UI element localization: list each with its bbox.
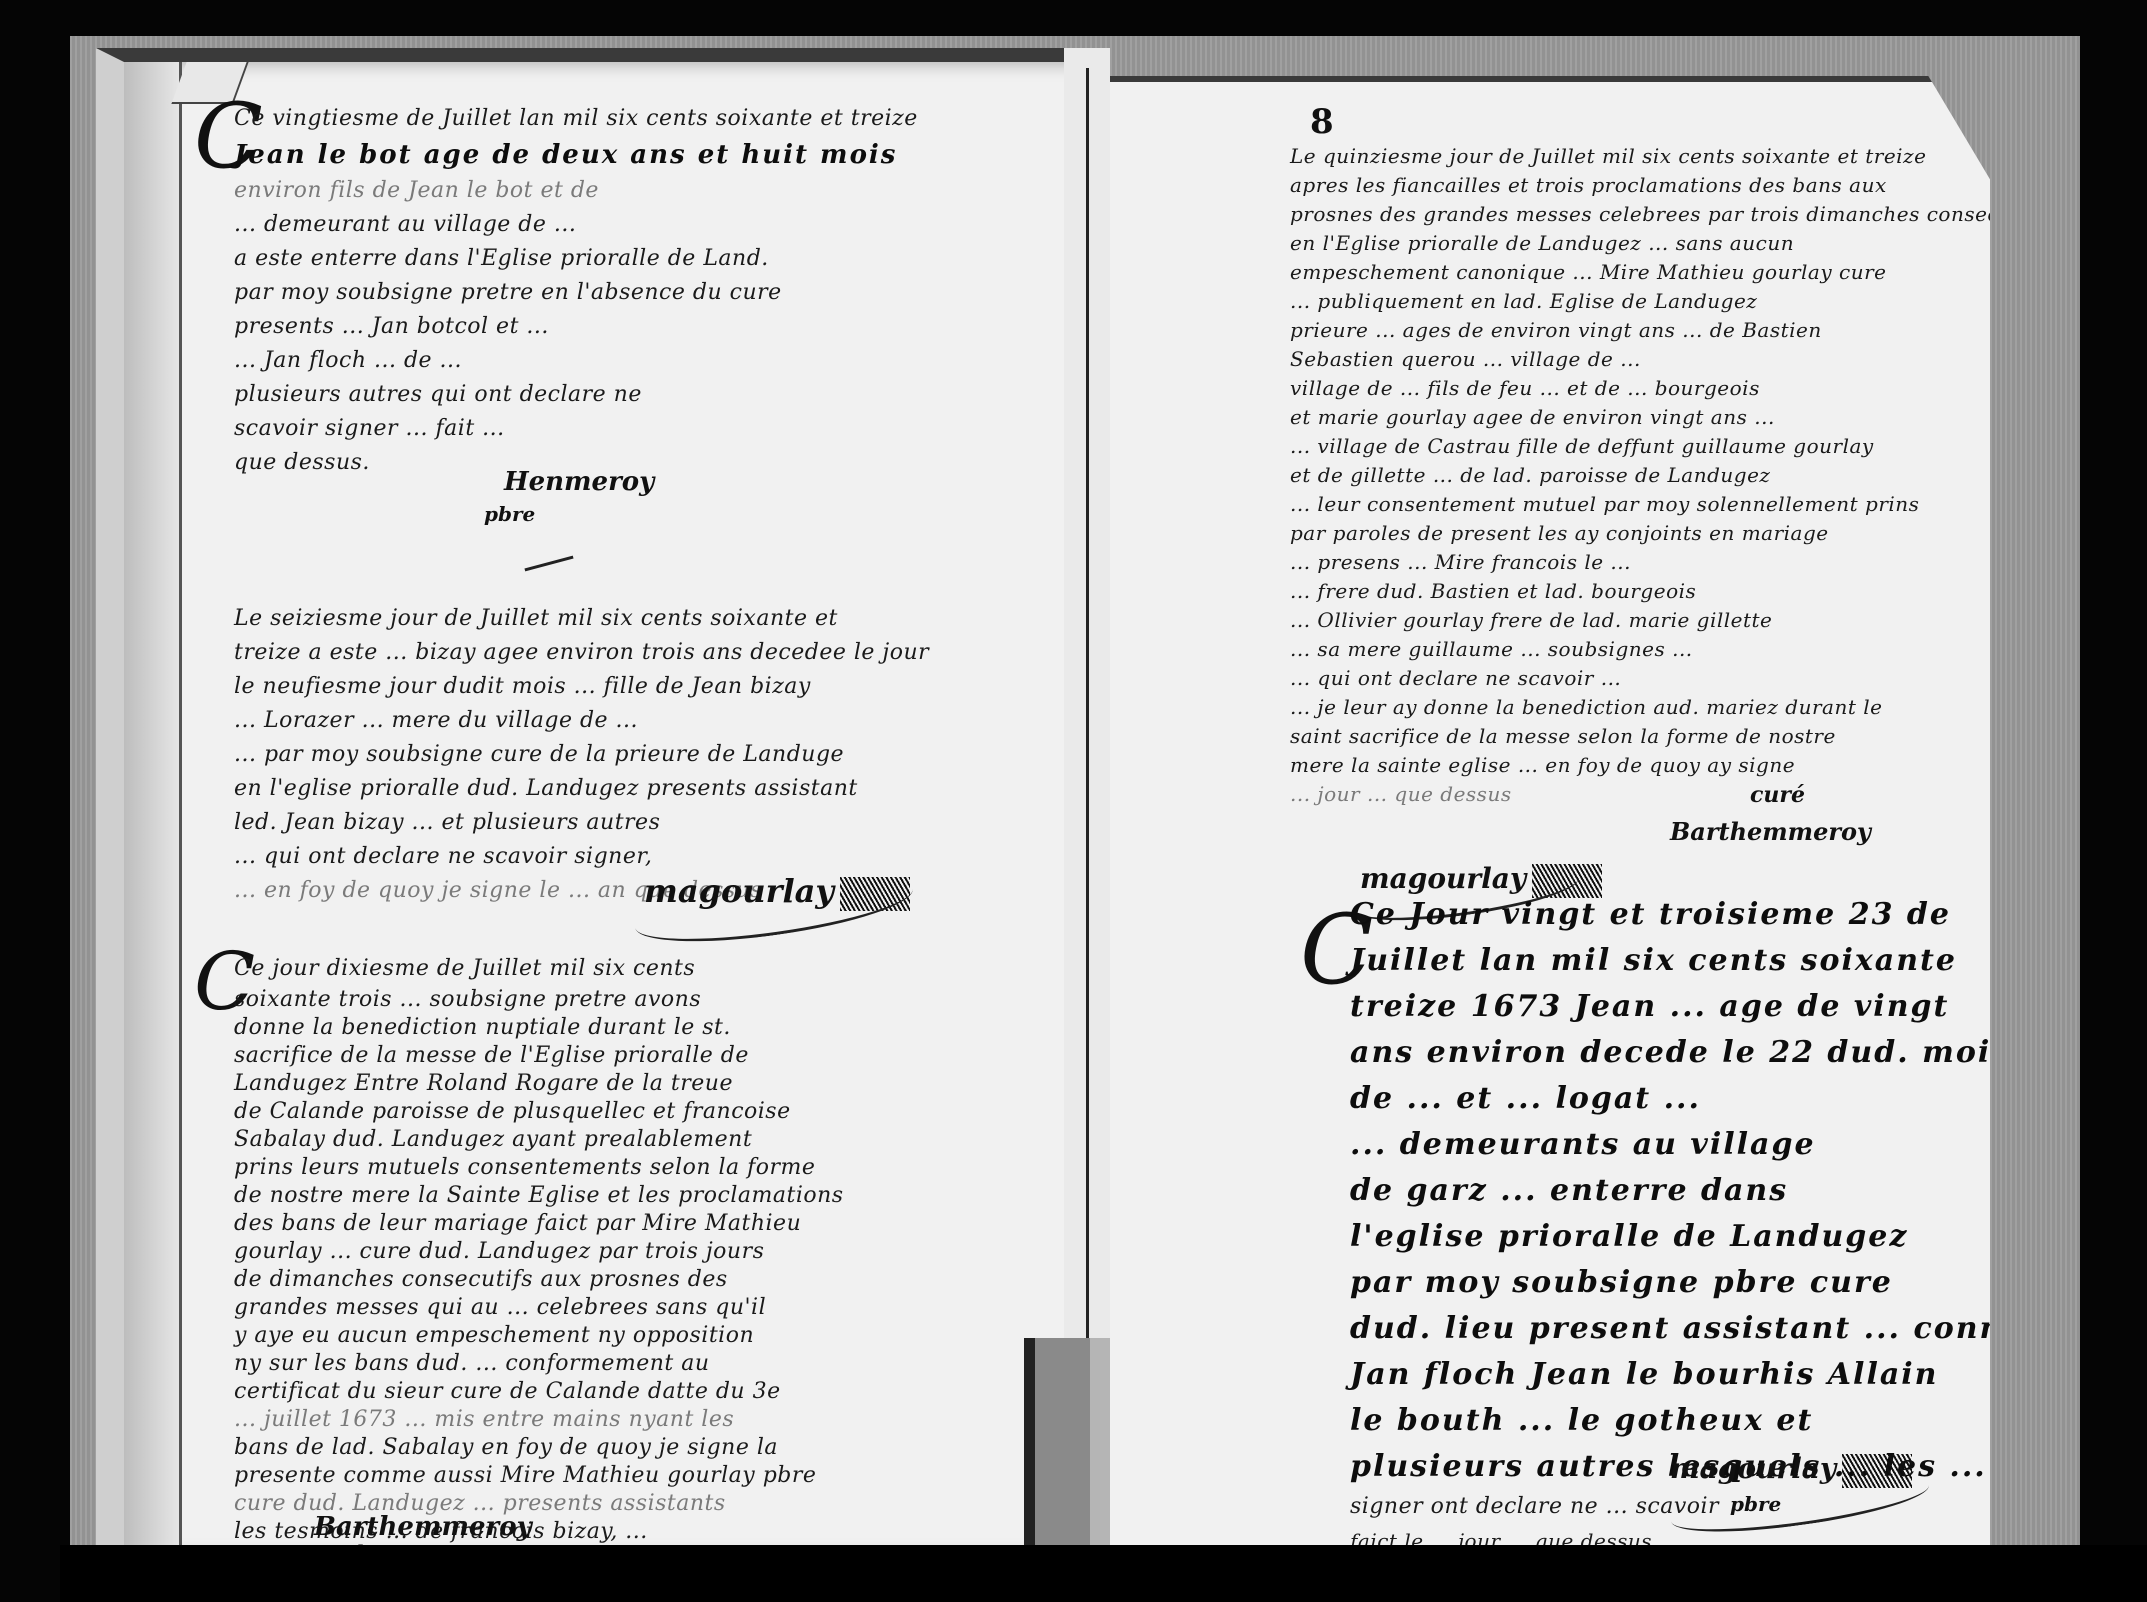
- entry-line: par paroles de present les ay conjoints …: [1290, 519, 1990, 548]
- entry-line: ... qui ont declare ne scavoir ...: [1290, 664, 1990, 693]
- entry-line: des bans de leur mariage faict par Mire …: [234, 1210, 844, 1238]
- entry-line: donne la benediction nuptiale durant le …: [234, 1014, 844, 1042]
- entry-line: plusieurs autres qui ont declare ne: [234, 378, 918, 412]
- entry-line: ny sur les bans dud. ... conformement au: [234, 1350, 844, 1378]
- signature-title: pbre: [484, 502, 535, 526]
- entry-line: environ fils de Jean le bot et de: [234, 174, 918, 208]
- entry-line: Ce jour dixiesme de Juillet mil six cent…: [234, 952, 844, 986]
- entry-line: ... Lorazer ... mere du village de ...: [234, 704, 929, 738]
- entry-line: de Calande paroisse de plusquellec et fr…: [234, 1098, 844, 1126]
- entry-line: ... je leur ay donne la benediction aud.…: [1290, 693, 1990, 722]
- entry-line: ... juillet 1673 ... mis entre mains nya…: [234, 1406, 844, 1434]
- entry-line: apres les fiancailles et trois proclamat…: [1290, 171, 1990, 200]
- entry-line: prins leurs mutuels consentements selon …: [234, 1154, 844, 1182]
- entry-line: de nostre mere la Sainte Eglise et les p…: [234, 1182, 844, 1210]
- entry-line: treize 1673 Jean ... age de vingt: [1350, 984, 1990, 1030]
- entry-line: et marie gourlay agee de environ vingt a…: [1290, 403, 1990, 432]
- entry-line: ... Jan floch ... de ...: [234, 344, 918, 378]
- entry-line: ... Ollivier gourlay frere de lad. marie…: [1290, 606, 1990, 635]
- entry-line: presente comme aussi Mire Mathieu gourla…: [234, 1462, 844, 1490]
- entry-line: de garz ... enterre dans: [1350, 1168, 1990, 1214]
- entry-line: sacrifice de la messe de l'Eglise priora…: [234, 1042, 844, 1070]
- entry-line: ... demeurant au village de ...: [234, 208, 918, 242]
- scan-bottom-edge: [60, 1545, 2147, 1602]
- entry-line: en l'Eglise prioralle de Landugez ... sa…: [1290, 229, 1990, 258]
- entry-line: ... village de Castrau fille de deffunt …: [1290, 432, 1990, 461]
- register-entry-marriage-1: Ce jour dixiesme de Juillet mil six cent…: [234, 952, 844, 1558]
- entry-line: ... demeurants au village: [1350, 1122, 1990, 1168]
- register-entry-burial-1: Ce vingtiesme de Juillet lan mil six cen…: [234, 102, 918, 480]
- entry-line: a este enterre dans l'Eglise prioralle d…: [234, 242, 918, 276]
- entry-line: scavoir signer ... fait ...: [234, 412, 918, 446]
- entry-line: Jean le bot age de deux ans et huit mois: [234, 136, 918, 174]
- entry-line: ... publiquement en lad. Eglise de Landu…: [1290, 287, 1990, 316]
- book-gutter: [1064, 48, 1110, 1548]
- entry-line: prieure ... ages de environ vingt ans ..…: [1290, 316, 1990, 345]
- entry-line: et de gillette ... de lad. paroisse de L…: [1290, 461, 1990, 490]
- entry-line: en l'eglise prioralle dud. Landugez pres…: [234, 772, 929, 806]
- entry-line: village de ... fils de feu ... et de ...…: [1290, 374, 1990, 403]
- entry-line: ... frere dud. Bastien et lad. bourgeois: [1290, 577, 1990, 606]
- entry-line: ... qui ont declare ne scavoir signer,: [234, 840, 929, 874]
- signature: Barthemmeroy: [1670, 817, 1871, 846]
- entry-line: ... jour ... que dessus: [1290, 780, 1990, 809]
- page-fold-edge: [124, 62, 182, 1558]
- entry-line: prosnes des grandes messes celebrees par…: [1290, 200, 1990, 229]
- entry-line: de ... et ... logat ...: [1350, 1076, 1990, 1122]
- entry-line: Sabalay dud. Landugez ayant prealablemen…: [234, 1126, 844, 1154]
- entry-line: l'eglise prioralle de Landugez: [1350, 1214, 1990, 1260]
- signature: Barthemmeroy: [314, 1512, 532, 1542]
- entry-line: ... presens ... Mire francois le ...: [1290, 548, 1990, 577]
- entry-line: ans environ decede le 22 dud. mois fils: [1350, 1030, 1990, 1076]
- entry-line: grandes messes qui au ... celebrees sans…: [234, 1294, 844, 1322]
- entry-line: led. Jean bizay ... et plusieurs autres: [234, 806, 929, 840]
- entry-line: presents ... Jan botcol et ...: [234, 310, 918, 344]
- entry-line: treize a este ... bizay agee environ tro…: [234, 636, 929, 670]
- entry-line: Le seiziesme jour de Juillet mil six cen…: [234, 602, 929, 636]
- entry-line: gourlay ... cure dud. Landugez par trois…: [234, 1238, 844, 1266]
- entry-divider: [524, 556, 573, 572]
- entry-line: par moy soubsigne pbre cure: [1350, 1260, 1990, 1306]
- entry-line: le neufiesme jour dudit mois ... fille d…: [234, 670, 929, 704]
- entry-line: y aye eu aucun empeschement ny oppositio…: [234, 1322, 844, 1350]
- register-entry-burial-2: Le seiziesme jour de Juillet mil six cen…: [234, 602, 929, 908]
- entry-line: certificat du sieur cure de Calande datt…: [234, 1378, 844, 1406]
- entry-line: mere la sainte eglise ... en foy de quoy…: [1290, 751, 1990, 780]
- entry-line: par moy soubsigne pretre en l'absence du…: [234, 276, 918, 310]
- entry-line: Juillet lan mil six cents soixante: [1350, 938, 1990, 984]
- register-entry-marriage-2: Le quinziesme jour de Juillet mil six ce…: [1290, 142, 1990, 809]
- right-page: 8 Le quinziesme jour de Juillet mil six …: [1110, 76, 1990, 1552]
- entry-line: saint sacrifice de la messe selon la for…: [1290, 722, 1990, 751]
- entry-line: de dimanches consecutifs aux prosnes des: [234, 1266, 844, 1294]
- binding-thread: [1086, 68, 1089, 1368]
- entry-line: ... par moy soubsigne cure de la prieure…: [234, 738, 929, 772]
- signature: Henmeroy: [504, 467, 654, 497]
- folio-mark: 8: [1310, 102, 1334, 142]
- left-page: C Ce vingtiesme de Juillet lan mil six c…: [96, 48, 1092, 1558]
- entry-line: Le quinziesme jour de Juillet mil six ce…: [1290, 142, 1990, 171]
- entry-line: soixante trois ... soubsigne pretre avon…: [234, 986, 844, 1014]
- signature-title: curé: [1750, 782, 1805, 808]
- entry-line: ... sa mere guillaume ... soubsignes ...: [1290, 635, 1990, 664]
- entry-line: empeschement canonique ... Mire Mathieu …: [1290, 258, 1990, 287]
- entry-line: bans de lad. Sabalay en foy de quoy je s…: [234, 1434, 844, 1462]
- entry-line: Ce Jour vingt et troisieme 23 de: [1350, 892, 1990, 938]
- entry-line: ... leur consentement mutuel par moy sol…: [1290, 490, 1990, 519]
- entry-line: Jan floch Jean le bourhis Allain: [1350, 1352, 1990, 1398]
- entry-line: dud. lieu present assistant ... connoy: [1350, 1306, 1990, 1352]
- entry-line: Sebastien querou ... village de ...: [1290, 345, 1990, 374]
- entry-line: Landugez Entre Roland Rogare de la treue: [234, 1070, 844, 1098]
- entry-line: Ce vingtiesme de Juillet lan mil six cen…: [234, 102, 918, 136]
- entry-line: le bouth ... le gotheux et: [1350, 1398, 1990, 1444]
